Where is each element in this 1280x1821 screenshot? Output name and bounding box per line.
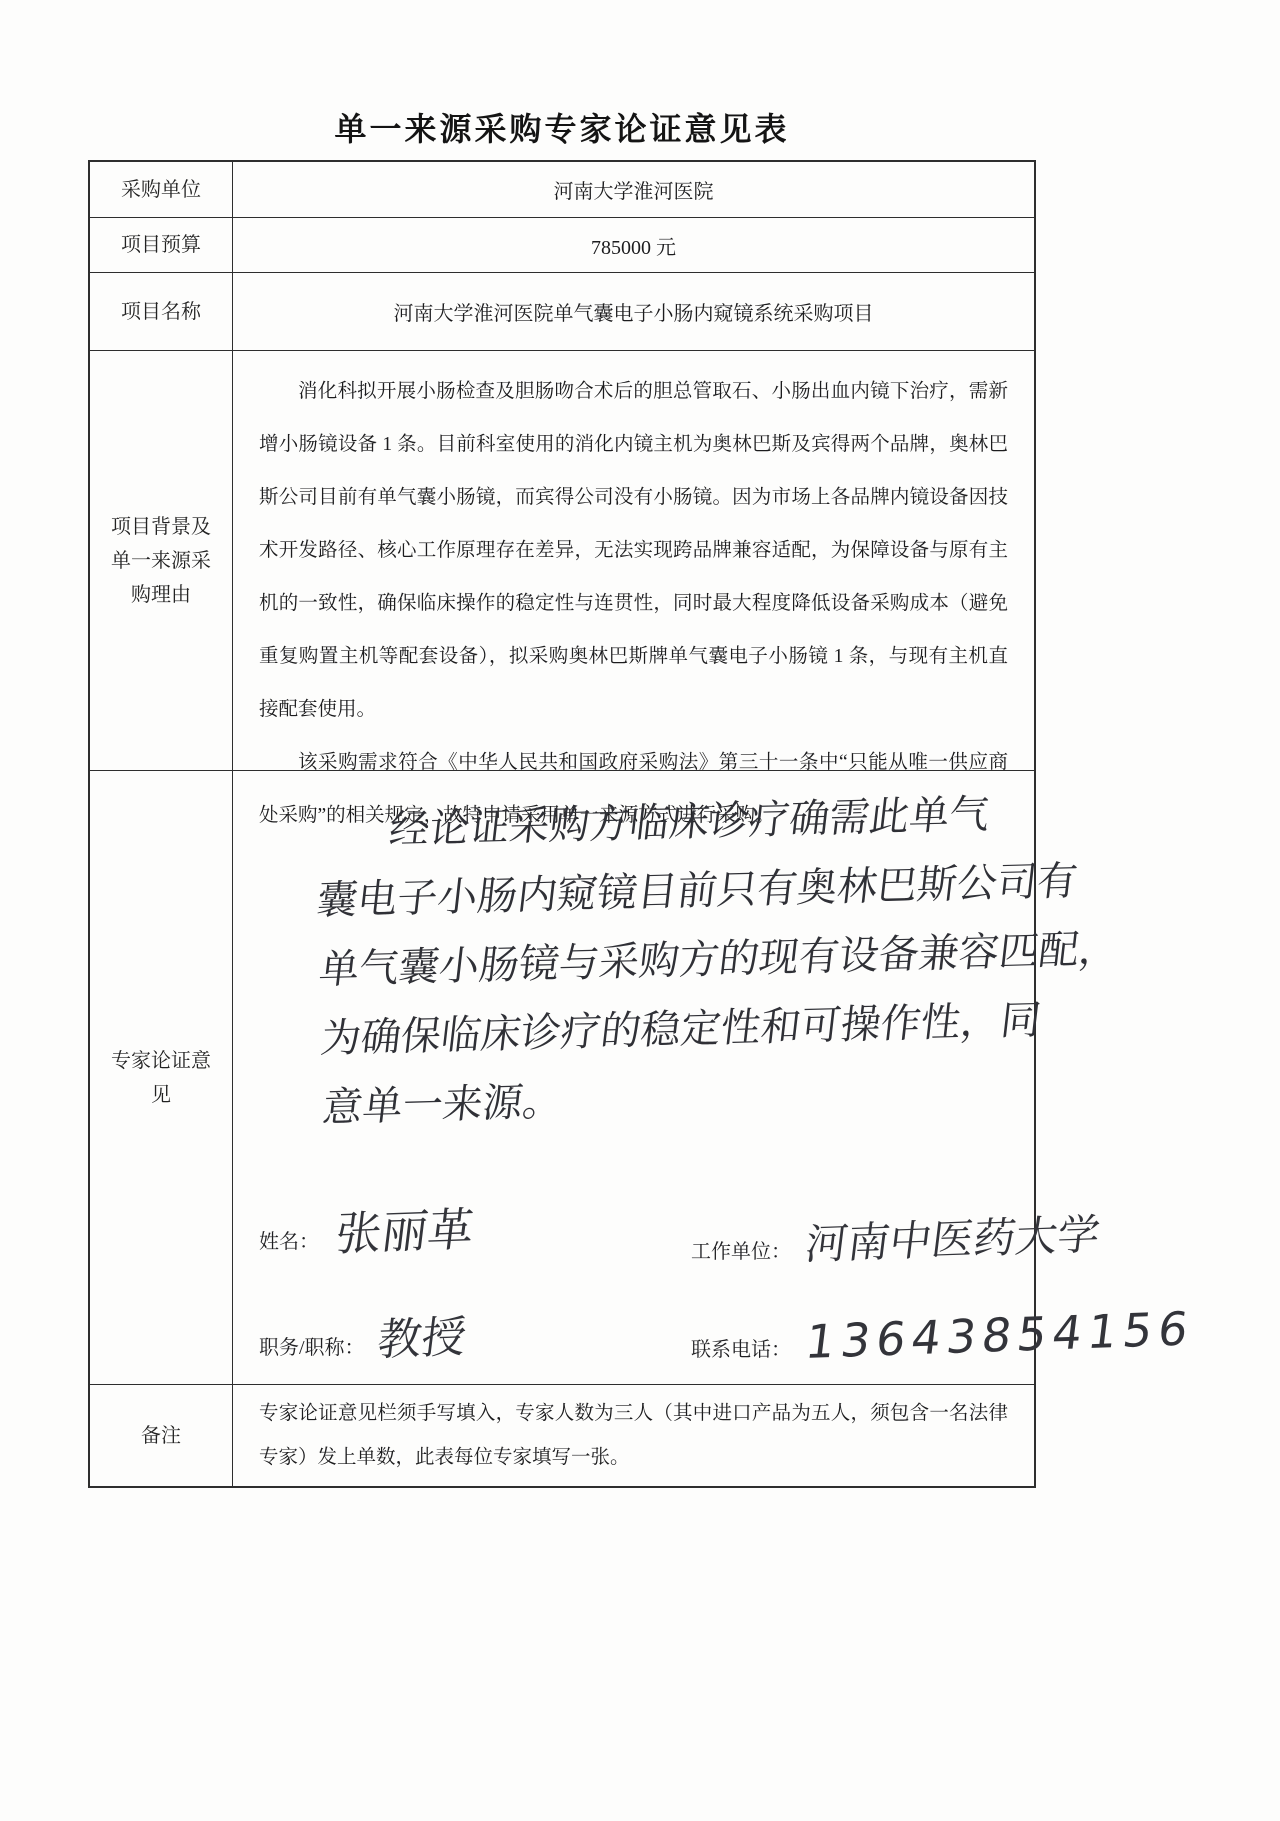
page-title: 单一来源采购专家论证意见表 [88, 104, 1036, 150]
project-name-label: 项目名称 [90, 273, 233, 350]
row-remark: 备注 专家论证意见栏须手写填入，专家人数为三人（其中进口产品为五人，须包含一名法… [90, 1384, 1034, 1486]
row-purchaser: 采购单位 河南大学淮河医院 [90, 162, 1034, 217]
row-expert-opinion: 专家论证意见 经论证采购方临床诊疗确需此单气 囊电子小肠内窥镜目前只有奥林巴斯公… [90, 770, 1034, 1384]
expert-name-field: 姓名： 张丽革 [259, 1211, 471, 1257]
expert-opinion-value: 经论证采购方临床诊疗确需此单气 囊电子小肠内窥镜目前只有奥林巴斯公司有 单气囊小… [233, 771, 1034, 1384]
expert-opinion-label: 专家论证意见 [90, 771, 233, 1384]
name-signature-handwriting: 张丽革 [333, 1206, 477, 1257]
budget-label: 项目预算 [90, 218, 233, 272]
name-label: 姓名： [259, 1227, 319, 1257]
expert-title-field: 职务/职称： 教授 [259, 1319, 463, 1363]
background-label: 项目背景及单一来源采购理由 [90, 351, 233, 770]
project-name-value: 河南大学淮河医院单气囊电子小肠内窥镜系统采购项目 [233, 273, 1034, 350]
row-background: 项目背景及单一来源采购理由 消化科拟开展小肠检查及胆肠吻合术后的胆总管取石、小肠… [90, 350, 1034, 770]
budget-value: 785000 元 [233, 218, 1034, 272]
handwritten-opinion: 经论证采购方临床诊疗确需此单气 囊电子小肠内窥镜目前只有奥林巴斯公司有 单气囊小… [315, 780, 1019, 1143]
job-title-label: 职务/职称： [259, 1333, 365, 1363]
purchaser-label: 采购单位 [90, 162, 233, 217]
unit-label: 工作单位： [691, 1237, 791, 1267]
purchaser-value: 河南大学淮河医院 [233, 162, 1034, 217]
row-project-name: 项目名称 河南大学淮河医院单气囊电子小肠内窥镜系统采购项目 [90, 272, 1034, 350]
job-title-handwriting: 教授 [375, 1316, 468, 1363]
background-value: 消化科拟开展小肠检查及胆肠吻合术后的胆总管取石、小肠出血内镜下治疗，需新增小肠镜… [233, 351, 1034, 770]
remark-value: 专家论证意见栏须手写填入，专家人数为三人（其中进口产品为五人，须包含一名法律专家… [233, 1385, 1034, 1486]
expert-unit-field: 工作单位： 河南中医药大学 [691, 1223, 1097, 1267]
expert-phone-field: 联系电话： 13643854156 [691, 1319, 1191, 1365]
phone-label: 联系电话： [691, 1335, 791, 1365]
unit-handwriting: 河南中医药大学 [803, 1213, 1102, 1267]
background-paragraph-1: 消化科拟开展小肠检查及胆肠吻合术后的胆总管取石、小肠出血内镜下治疗，需新增小肠镜… [259, 365, 1008, 736]
row-budget: 项目预算 785000 元 [90, 217, 1034, 272]
remark-label: 备注 [90, 1385, 233, 1486]
opinion-form-table: 采购单位 河南大学淮河医院 项目预算 785000 元 项目名称 河南大学淮河医… [88, 160, 1036, 1488]
phone-handwriting: 13643854156 [803, 1305, 1196, 1365]
scanned-form-page: 单一来源采购专家论证意见表 采购单位 河南大学淮河医院 项目预算 785000 … [0, 0, 1280, 1821]
